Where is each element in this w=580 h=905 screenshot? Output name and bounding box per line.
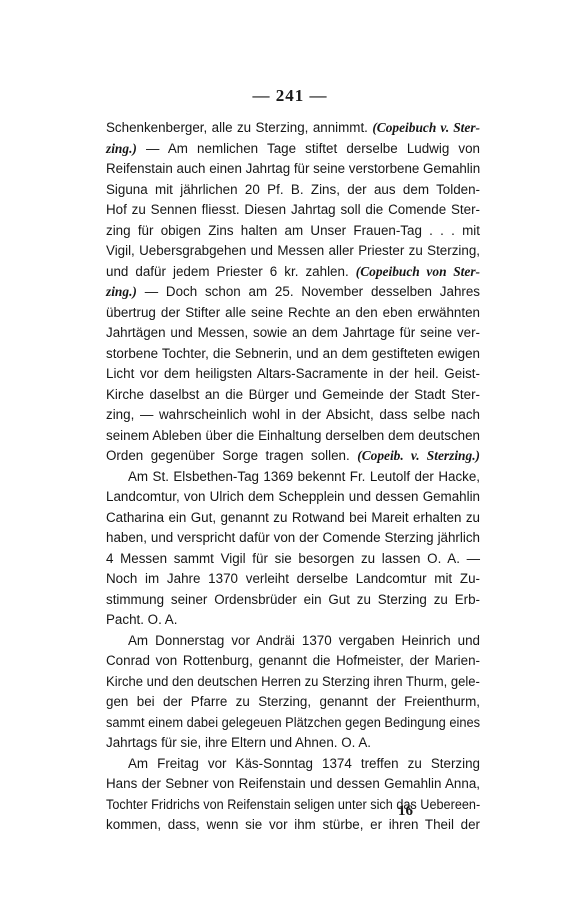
text-line: haben, und verspricht dafür von der Come… xyxy=(106,528,480,549)
line-text: Am Donnerstag vor Andräi 1370 vergaben H… xyxy=(128,633,480,648)
body-text: Schenkenberger, alle zu Sterzing, annimm… xyxy=(106,118,480,836)
text-line: Licht vor dem heiligsten Altars-Sacramen… xyxy=(106,364,480,385)
line-text: Hof zu Sennen fliesst. Diesen Jahrtag so… xyxy=(106,202,480,217)
text-line: Am Freitag vor Käs-Sonntag 1374 treffen … xyxy=(106,754,480,775)
line-text: Licht vor dem heiligsten Altars-Sacramen… xyxy=(106,366,480,381)
text-line: Jahrtägen und Messen, sowie an dem Jahrt… xyxy=(106,323,480,344)
line-text: Conrad von Rottenburg, genannt die Hofme… xyxy=(106,653,480,668)
text-line: seinem Ableben über die Einhaltung derse… xyxy=(106,426,480,447)
text-line: gen bei der Pfarre zu Sterzing, genannt … xyxy=(106,692,480,713)
book-page: — 241 — Schenkenberger, alle zu Sterzing… xyxy=(0,0,580,905)
text-line: Am Donnerstag vor Andräi 1370 vergaben H… xyxy=(106,631,480,652)
line-text: Reifenstain auch einen Jahrtag für seine… xyxy=(106,161,480,176)
line-text: Catharina ein Gut, genannt zu Rotwand be… xyxy=(106,510,480,525)
line-text: Schenkenberger, alle zu Sterzing, annimm… xyxy=(106,120,372,135)
text-line: übertrug der Stifter alle seine Rechte a… xyxy=(106,303,480,324)
line-text: seinem Ableben über die Einhaltung derse… xyxy=(106,428,480,443)
text-line: Siguna mit jährlichen 20 Pf. B. Zins, de… xyxy=(106,180,480,201)
line-text: und dafür jedem Priester 6 kr. zahlen. xyxy=(106,264,356,279)
text-line: zing.) — Am nemlichen Tage stiftet derse… xyxy=(106,139,480,160)
signature-mark: 16 xyxy=(398,803,413,820)
text-line: kommen, dass, wenn sie vor ihm stürbe, e… xyxy=(106,815,480,836)
text-line: Landcomtur, von Ulrich dem Schepplein un… xyxy=(106,487,480,508)
line-text: gen bei der Pfarre zu Sterzing, genannt … xyxy=(106,694,480,709)
line-text: Jahrtägen und Messen, sowie an dem Jahrt… xyxy=(106,325,480,340)
line-text: Tochter Fridrichs von Reifenstain selige… xyxy=(106,797,480,812)
line-text: Landcomtur, von Ulrich dem Schepplein un… xyxy=(106,489,480,504)
text-line: Noch im Jahre 1370 verleiht derselbe Lan… xyxy=(106,569,480,590)
text-line: Catharina ein Gut, genannt zu Rotwand be… xyxy=(106,508,480,529)
line-text: — Am nemlichen Tage stiftet derselbe Lud… xyxy=(137,141,480,156)
line-text: Kirche daselbst an die Bürger und Gemein… xyxy=(106,387,480,402)
citation: (Copeibuch v. Ster- xyxy=(372,120,480,135)
citation: zing.) xyxy=(106,284,137,299)
citation: (Copeibuch von Ster- xyxy=(356,264,480,279)
line-text: Am St. Elsbethen-Tag 1369 bekennt Fr. Le… xyxy=(128,469,480,484)
line-text: Kirche und den deutschen Herren zu Sterz… xyxy=(106,674,480,689)
line-text: Noch im Jahre 1370 verleiht derselbe Lan… xyxy=(106,571,480,586)
line-text: storbene Tochter, die Sebnerin, und an d… xyxy=(106,346,480,361)
text-line: storbene Tochter, die Sebnerin, und an d… xyxy=(106,344,480,365)
text-line: Schenkenberger, alle zu Sterzing, annimm… xyxy=(106,118,480,139)
text-line: sammt einem dabei gelegeuen Plätzchen ge… xyxy=(106,713,465,734)
line-text: zing für obigen Zins halten am Unser Fra… xyxy=(106,223,480,238)
line-text: sammt einem dabei gelegeuen Plätzchen ge… xyxy=(106,715,480,730)
line-text: Jahrtags für sie, ihre Eltern und Ahnen.… xyxy=(106,735,371,750)
text-line: zing.) — Doch schon am 25. November dess… xyxy=(106,282,480,303)
line-text: Vigil, Uebersgrabgehen und Messen aller … xyxy=(106,243,480,258)
text-line: Pacht. O. A. xyxy=(106,610,480,631)
line-text: Siguna mit jährlichen 20 Pf. B. Zins, de… xyxy=(106,182,480,197)
text-line: stimmung seiner Ordensbrüder ein Gut zu … xyxy=(106,590,480,611)
text-line: Am St. Elsbethen-Tag 1369 bekennt Fr. Le… xyxy=(106,467,480,488)
text-line: Conrad von Rottenburg, genannt die Hofme… xyxy=(106,651,480,672)
text-line: Kirche daselbst an die Bürger und Gemein… xyxy=(106,385,480,406)
citation: (Copeib. v. Sterzing.) xyxy=(357,448,480,463)
text-line: zing, — wahrscheinlich wohl in der Absic… xyxy=(106,405,480,426)
line-text: haben, und verspricht dafür von der Come… xyxy=(106,530,480,545)
line-text: 4 Messen sammt Vigil für sie besorgen zu… xyxy=(106,551,480,566)
line-text: stimmung seiner Ordensbrüder ein Gut zu … xyxy=(106,592,480,607)
line-text: übertrug der Stifter alle seine Rechte a… xyxy=(106,305,480,320)
text-line: 4 Messen sammt Vigil für sie besorgen zu… xyxy=(106,549,480,570)
text-line: Hans der Sebner von Reifenstain und dess… xyxy=(106,774,480,795)
text-line: Vigil, Uebersgrabgehen und Messen aller … xyxy=(106,241,480,262)
text-line: Reifenstain auch einen Jahrtag für seine… xyxy=(106,159,479,180)
citation: zing.) xyxy=(106,141,137,156)
text-line: und dafür jedem Priester 6 kr. zahlen. (… xyxy=(106,262,480,283)
line-text: Orden gegenüber Sorge tragen sollen. xyxy=(106,448,357,463)
page-number: — 241 — xyxy=(0,86,580,106)
line-text: zing, — wahrscheinlich wohl in der Absic… xyxy=(106,407,480,422)
text-line: zing für obigen Zins halten am Unser Fra… xyxy=(106,221,480,242)
text-line: Orden gegenüber Sorge tragen sollen. (Co… xyxy=(106,446,480,467)
text-line: Kirche und den deutschen Herren zu Sterz… xyxy=(106,672,470,693)
line-text: Hans der Sebner von Reifenstain und dess… xyxy=(106,776,480,791)
text-line: Jahrtags für sie, ihre Eltern und Ahnen.… xyxy=(106,733,480,754)
text-line: Hof zu Sennen fliesst. Diesen Jahrtag so… xyxy=(106,200,480,221)
line-text: — Doch schon am 25. November desselben J… xyxy=(137,284,480,299)
line-text: kommen, dass, wenn sie vor ihm stürbe, e… xyxy=(106,817,480,832)
line-text: Pacht. O. A. xyxy=(106,612,177,627)
line-text: Am Freitag vor Käs-Sonntag 1374 treffen … xyxy=(128,756,480,771)
